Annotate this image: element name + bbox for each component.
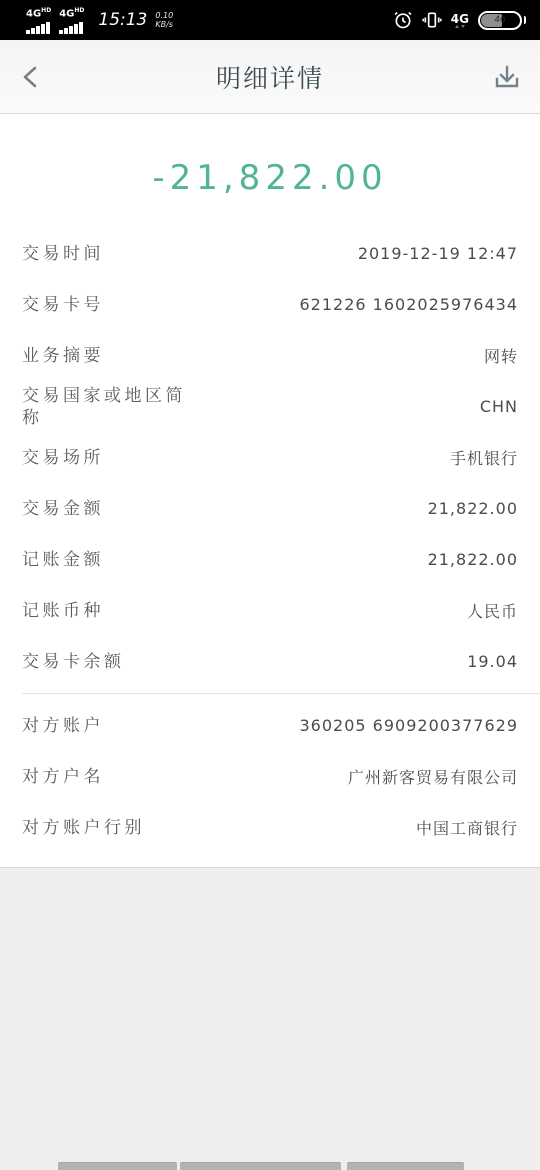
battery-percent: 46 (480, 15, 520, 25)
row-transaction-place: 交易场所 手机银行 (0, 432, 540, 483)
mobile-data-4g-icon: 4G (451, 13, 469, 28)
network-type-sim1: 4GHD (26, 6, 51, 19)
bottom-bars (0, 1162, 540, 1170)
row-label: 交易金额 (22, 498, 104, 520)
download-icon (492, 62, 522, 92)
row-card-balance: 交易卡余额 19.04 (0, 636, 540, 687)
download-button[interactable] (482, 55, 522, 99)
row-value: 19.04 (467, 652, 518, 671)
row-value: 2019-12-19 12:47 (358, 244, 518, 263)
row-posted-amount: 记账金额 21,822.00 (0, 534, 540, 585)
battery-nub (524, 16, 527, 24)
alarm-clock-icon (393, 10, 413, 30)
row-value: 21,822.00 (428, 499, 518, 518)
row-value: 人民币 (467, 599, 518, 622)
nav-bar-segment[interactable] (180, 1162, 341, 1170)
row-value: 621226 1602025976434 (300, 295, 519, 314)
row-label: 交易时间 (22, 243, 104, 265)
row-value: 广州新客贸易有限公司 (348, 765, 518, 788)
battery-icon: 46 (478, 11, 522, 30)
phone-screen: 4GHD 4GHD 15:13 0.10 KB/s (0, 0, 540, 1170)
signal-bars-icon (59, 22, 84, 34)
detail-rows-primary: 交易时间 2019-12-19 12:47 交易卡号 621226 160202… (0, 228, 540, 687)
status-bar: 4GHD 4GHD 15:13 0.10 KB/s (0, 0, 540, 40)
row-value: 21,822.00 (428, 550, 518, 569)
row-label: 交易卡余额 (22, 651, 125, 673)
row-counterparty-bank: 对方账户行别 中国工商银行 (0, 802, 540, 853)
row-transaction-amount: 交易金额 21,822.00 (0, 483, 540, 534)
row-label: 交易场所 (22, 447, 104, 469)
nav-bar-segment[interactable] (347, 1162, 464, 1170)
status-time: 15:13 (98, 10, 147, 30)
page-title: 明细详情 (0, 59, 540, 95)
row-label: 业务摘要 (22, 345, 104, 367)
network-speed-indicator: 0.10 KB/s (155, 11, 173, 29)
row-label: 对方户名 (22, 766, 104, 788)
section-divider (22, 693, 540, 694)
row-country-region: 交易国家或地区简称 CHN (0, 381, 540, 432)
row-counterparty-account: 对方账户 360205 6909200377629 (0, 700, 540, 751)
row-value: 中国工商银行 (416, 816, 518, 839)
network-type-sim2: 4GHD (59, 6, 84, 19)
transaction-detail-panel: -21,822.00 交易时间 2019-12-19 12:47 交易卡号 62… (0, 114, 540, 867)
row-label: 交易卡号 (22, 294, 104, 316)
row-counterparty-name: 对方户名 广州新客贸易有限公司 (0, 751, 540, 802)
signal-bars-icon (26, 22, 51, 34)
battery-indicator: 46 (478, 11, 526, 30)
row-currency: 记账币种 人民币 (0, 585, 540, 636)
row-label: 记账金额 (22, 549, 104, 571)
nav-bar-segment[interactable] (58, 1162, 177, 1170)
row-value: 手机银行 (450, 446, 518, 469)
row-transaction-time: 交易时间 2019-12-19 12:47 (0, 228, 540, 279)
row-value: 网转 (484, 344, 518, 367)
detail-rows-counterparty: 对方账户 360205 6909200377629 对方户名 广州新客贸易有限公… (0, 700, 540, 853)
row-business-summary: 业务摘要 网转 (0, 330, 540, 381)
row-value: CHN (480, 397, 518, 416)
row-value: 360205 6909200377629 (300, 716, 519, 735)
chevron-left-icon (18, 62, 44, 92)
row-label: 对方账户 (22, 715, 104, 737)
signal-indicator-sim1: 4GHD (26, 6, 51, 33)
footer-area (0, 867, 540, 1170)
network-speed-unit: KB/s (155, 20, 173, 29)
vibrate-mode-icon (422, 10, 442, 30)
app-header: 明细详情 (0, 40, 540, 114)
row-label: 记账币种 (22, 600, 104, 622)
transaction-amount: -21,822.00 (0, 158, 540, 198)
row-card-number: 交易卡号 621226 1602025976434 (0, 279, 540, 330)
signal-indicator-sim2: 4GHD (59, 6, 84, 33)
back-button[interactable] (18, 55, 58, 99)
network-speed-value: 0.10 (155, 11, 173, 20)
row-label: 对方账户行别 (22, 817, 145, 839)
row-label: 交易国家或地区简称 (22, 385, 202, 429)
